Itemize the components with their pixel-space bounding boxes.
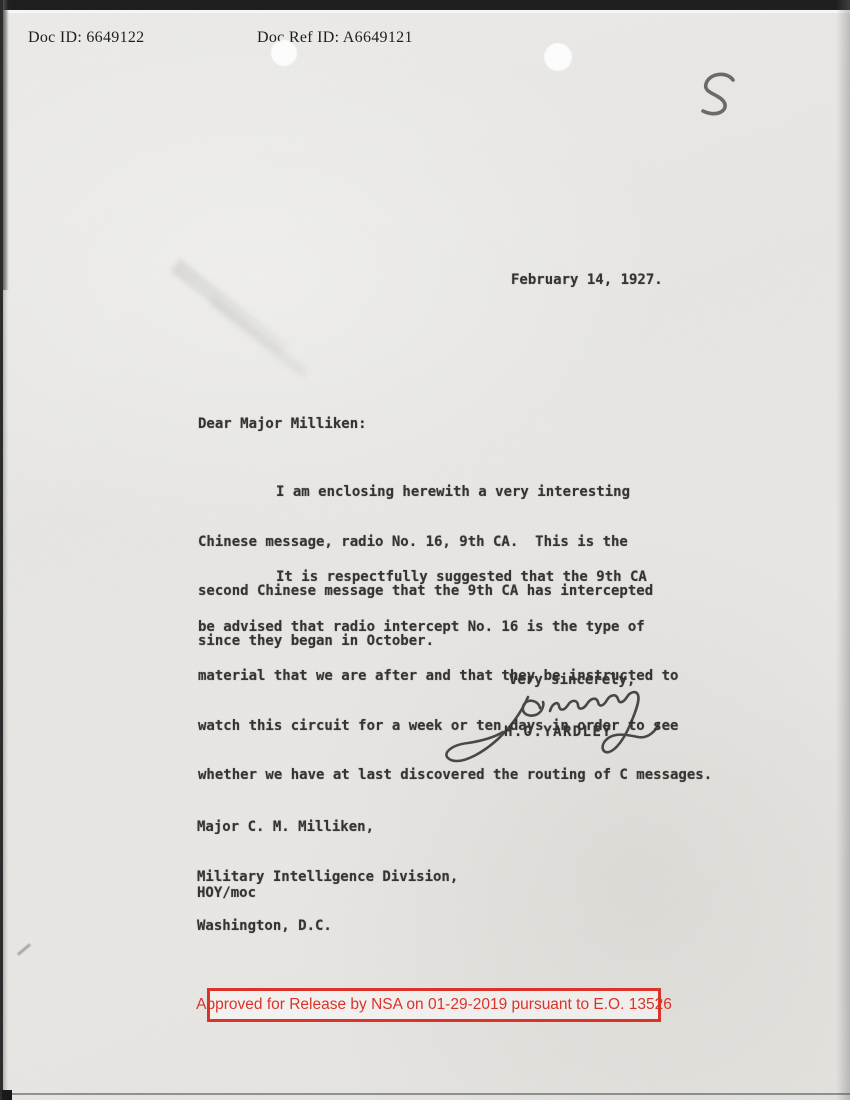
hole-punch-left [271,40,297,66]
scan-edge-top-gap [0,10,850,13]
pencil-tick-mark [17,943,31,956]
letter-salutation: Dear Major Milliken: [198,416,367,433]
pencil-smudge-faint [208,296,309,378]
scanned-letter-page: Doc ID: 6649122 Doc Ref ID: A6649121 Feb… [0,0,850,1100]
recipient-line: Washington, D.C. [197,918,458,935]
letter-line: I am enclosing herewith a very interesti… [198,484,653,501]
letter-line: It is respectfully suggested that the 9t… [198,569,712,586]
scan-edge-right-shadow [836,0,850,1100]
scan-edge-bottom [8,1093,850,1095]
recipient-line: Military Intelligence Division, [197,869,458,886]
recipient-line: Major C. M. Milliken, [197,819,458,836]
release-stamp: Approved for Release by NSA on 01-29-201… [207,988,661,1022]
letter-date: February 14, 1927. [511,272,663,289]
typist-initials: HOY/moc [197,885,256,902]
doc-id-label: Doc ID: 6649122 [28,29,144,47]
scan-edge-bottom-left-mark [2,1090,12,1100]
letter-line: be advised that radio intercept No. 16 i… [198,619,712,636]
release-stamp-text: Approved for Release by NSA on 01-29-201… [196,996,672,1014]
handwritten-s-mark [693,66,741,124]
scan-edge-left-soft [3,0,8,1100]
typed-signature-name: H.O.YARDLEY [504,724,612,741]
hole-punch-right [544,43,572,71]
recipient-address-block: Major C. M. Milliken, Military Intellige… [197,786,458,968]
scan-edge-top [0,0,850,10]
